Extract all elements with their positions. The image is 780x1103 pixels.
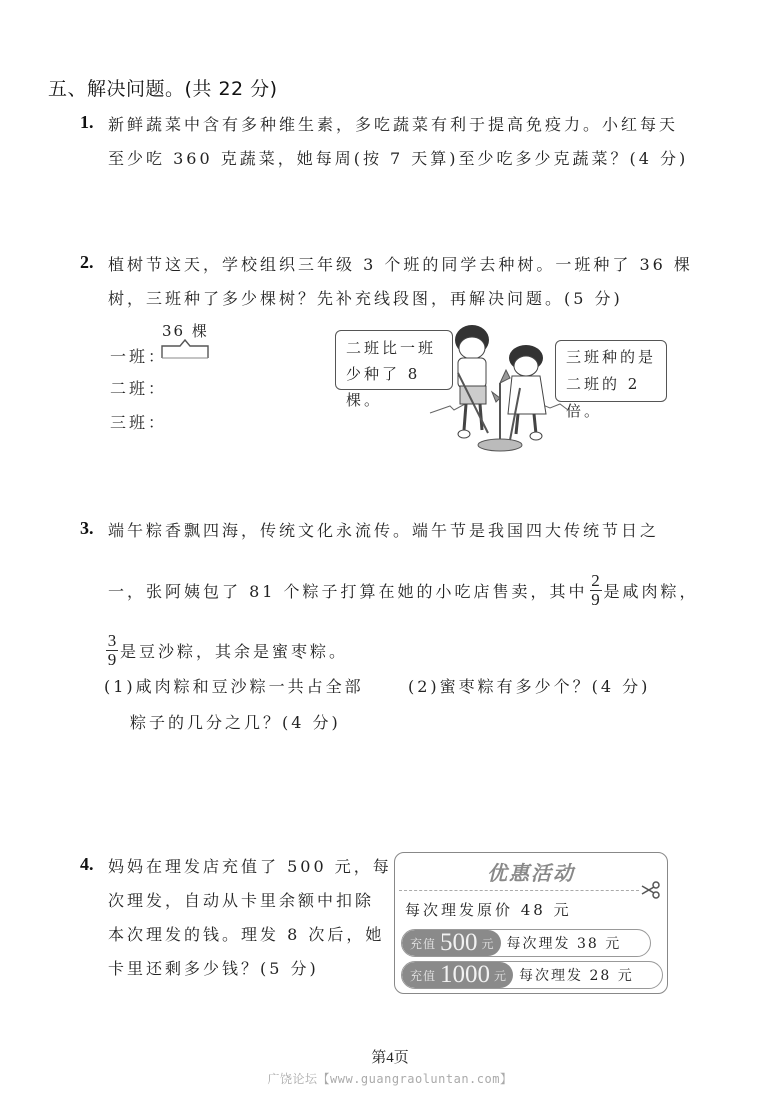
fraction-3-9: 3 9 bbox=[106, 632, 118, 669]
question-text-line: 端午粽香飘四海，传统文化永流传。端午节是我国四大传统节日之 bbox=[108, 518, 659, 541]
row-label-class1: 一班： bbox=[110, 344, 167, 367]
original-price: 每次理发原价 48 元 bbox=[405, 899, 572, 920]
scissors-icon bbox=[641, 881, 661, 899]
question-text-line: 至少吃 360 克蔬菜，她每周(按 7 天算)至少吃多少克蔬菜？(4 分) bbox=[108, 146, 688, 169]
question-text-line: 植树节这天，学校组织三年级 3 个班的同学去种树。一班种了 36 棵 bbox=[108, 252, 693, 275]
row-label-class2: 二班： bbox=[110, 376, 167, 399]
tier-badge: 充值 500 元 bbox=[402, 930, 501, 956]
children-planting-tree-icon bbox=[420, 318, 570, 458]
illustration: 二班比一班 少种了 8 棵。 三班种的是 二班的 2 倍。 bbox=[330, 318, 670, 458]
question-text-line: 卡里还剩多少钱？(5 分) bbox=[108, 956, 319, 979]
row-label-class3: 三班： bbox=[110, 410, 167, 433]
line-segment-diagram[interactable]: 36 棵 一班： 二班： 三班： bbox=[110, 320, 310, 440]
tier-badge: 充值 1000 元 bbox=[402, 962, 513, 988]
question-text-line: 妈妈在理发店充值了 500 元，每 bbox=[108, 854, 392, 877]
sub-question-2: (2)蜜枣粽有多少个？(4 分) bbox=[408, 674, 650, 697]
question-number: 2. bbox=[80, 252, 94, 273]
sub-question-1-line1: (1)咸肉粽和豆沙粽一共占全部 bbox=[104, 674, 364, 697]
fraction-2-9: 2 9 bbox=[590, 572, 602, 609]
question-text-line: 树，三班种了多少棵树？先补充线段图，再解决问题。(5 分) bbox=[108, 286, 623, 309]
tier-500: 充值 500 元 每次理发 38 元 bbox=[401, 929, 651, 957]
question-number: 3. bbox=[80, 518, 94, 539]
question-text-line: 本次理发的钱。理发 8 次后，她 bbox=[108, 922, 384, 945]
promo-title: 优惠活动 bbox=[395, 857, 667, 886]
question-number: 1. bbox=[80, 112, 94, 133]
question-number: 4. bbox=[80, 854, 94, 875]
question-text-line: 新鲜蔬菜中含有多种维生素，多吃蔬菜有利于提高免疫力。小红每天 bbox=[108, 112, 678, 135]
tier-1000: 充值 1000 元 每次理发 28 元 bbox=[401, 961, 663, 989]
speech-bubble-right: 三班种的是 二班的 2 倍。 bbox=[555, 340, 667, 402]
question-text-line: 3 9 是豆沙粽，其余是蜜枣粽。 bbox=[104, 628, 348, 672]
brace-icon bbox=[160, 338, 210, 360]
question-text-line: 次理发，自动从卡里余额中扣除 bbox=[108, 888, 374, 911]
section-title: 五、解决问题。(共 22 分) bbox=[48, 74, 278, 101]
watermark: 广饶论坛【www.guangraoluntan.com】 bbox=[0, 1070, 780, 1087]
sub-question-1-line2: 粽子的几分之几？(4 分) bbox=[130, 710, 341, 733]
page-number: 第4页 bbox=[0, 1046, 780, 1067]
promotion-coupon: 优惠活动 每次理发原价 48 元 充值 500 元 每次理发 38 元 充值 1… bbox=[394, 852, 668, 994]
question-text-line: 一，张阿姨包了 81 个粽子打算在她的小吃店售卖，其中 2 9 是咸肉粽， bbox=[108, 568, 699, 612]
cut-line bbox=[399, 890, 639, 891]
